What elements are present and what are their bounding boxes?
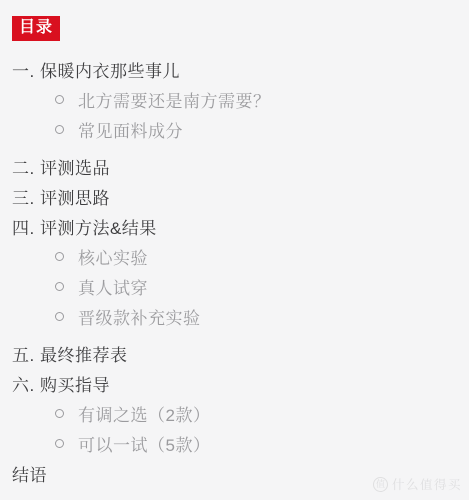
- circle-bullet-icon: [55, 95, 64, 104]
- toc-item-label: 结语: [12, 461, 47, 486]
- toc-subitem[interactable]: 可以一试（5款）: [12, 428, 469, 458]
- toc-page: 目录 一. 保暖内衣那些事儿北方需要还是南方需要？常见面料成分二. 评测选品三.…: [0, 0, 469, 500]
- toc-item-label: 六. 购买指导: [12, 371, 110, 396]
- toc-item-label: 真人试穿: [78, 274, 148, 299]
- toc-item[interactable]: 一. 保暖内衣那些事儿: [12, 54, 469, 84]
- circle-bullet-icon: [55, 252, 64, 261]
- watermark: 值 什么值得买: [373, 475, 462, 493]
- toc-item[interactable]: 六. 购买指导: [12, 368, 469, 398]
- circle-bullet-icon: [55, 439, 64, 448]
- circle-bullet-icon: [55, 282, 64, 291]
- toc-item[interactable]: 四. 评测方法&结果: [12, 211, 469, 241]
- toc-item-label: 二. 评测选品: [12, 154, 110, 179]
- toc-item[interactable]: 五. 最终推荐表: [12, 338, 469, 368]
- circle-bullet-icon: [55, 125, 64, 134]
- toc-item[interactable]: 三. 评测思路: [12, 181, 469, 211]
- smzdm-logo-icon: 值: [373, 477, 388, 492]
- toc-list: 一. 保暖内衣那些事儿北方需要还是南方需要？常见面料成分二. 评测选品三. 评测…: [12, 54, 469, 488]
- toc-subitem[interactable]: 北方需要还是南方需要？: [12, 84, 469, 114]
- toc-subitem[interactable]: 核心实验: [12, 241, 469, 271]
- circle-bullet-icon: [55, 312, 64, 321]
- toc-item-label: 可以一试（5款）: [78, 431, 210, 456]
- toc-item-label: 核心实验: [78, 244, 148, 269]
- toc-item-label: 有调之选（2款）: [78, 401, 210, 426]
- toc-item-label: 晋级款补充实验: [78, 304, 201, 329]
- toc-item-label: 常见面料成分: [78, 117, 183, 142]
- toc-item-label: 北方需要还是南方需要？: [78, 87, 271, 112]
- watermark-text: 什么值得买: [392, 475, 462, 493]
- toc-subitem[interactable]: 真人试穿: [12, 271, 469, 301]
- toc-item-label: 四. 评测方法&结果: [12, 214, 157, 239]
- toc-item-label: 三. 评测思路: [12, 184, 110, 209]
- toc-subitem[interactable]: 晋级款补充实验: [12, 301, 469, 331]
- circle-bullet-icon: [55, 409, 64, 418]
- toc-item[interactable]: 二. 评测选品: [12, 151, 469, 181]
- toc-item-label: 一. 保暖内衣那些事儿: [12, 57, 180, 82]
- toc-item-label: 五. 最终推荐表: [12, 341, 127, 366]
- toc-subitem[interactable]: 常见面料成分: [12, 114, 469, 144]
- toc-badge: 目录: [12, 16, 60, 41]
- toc-subitem[interactable]: 有调之选（2款）: [12, 398, 469, 428]
